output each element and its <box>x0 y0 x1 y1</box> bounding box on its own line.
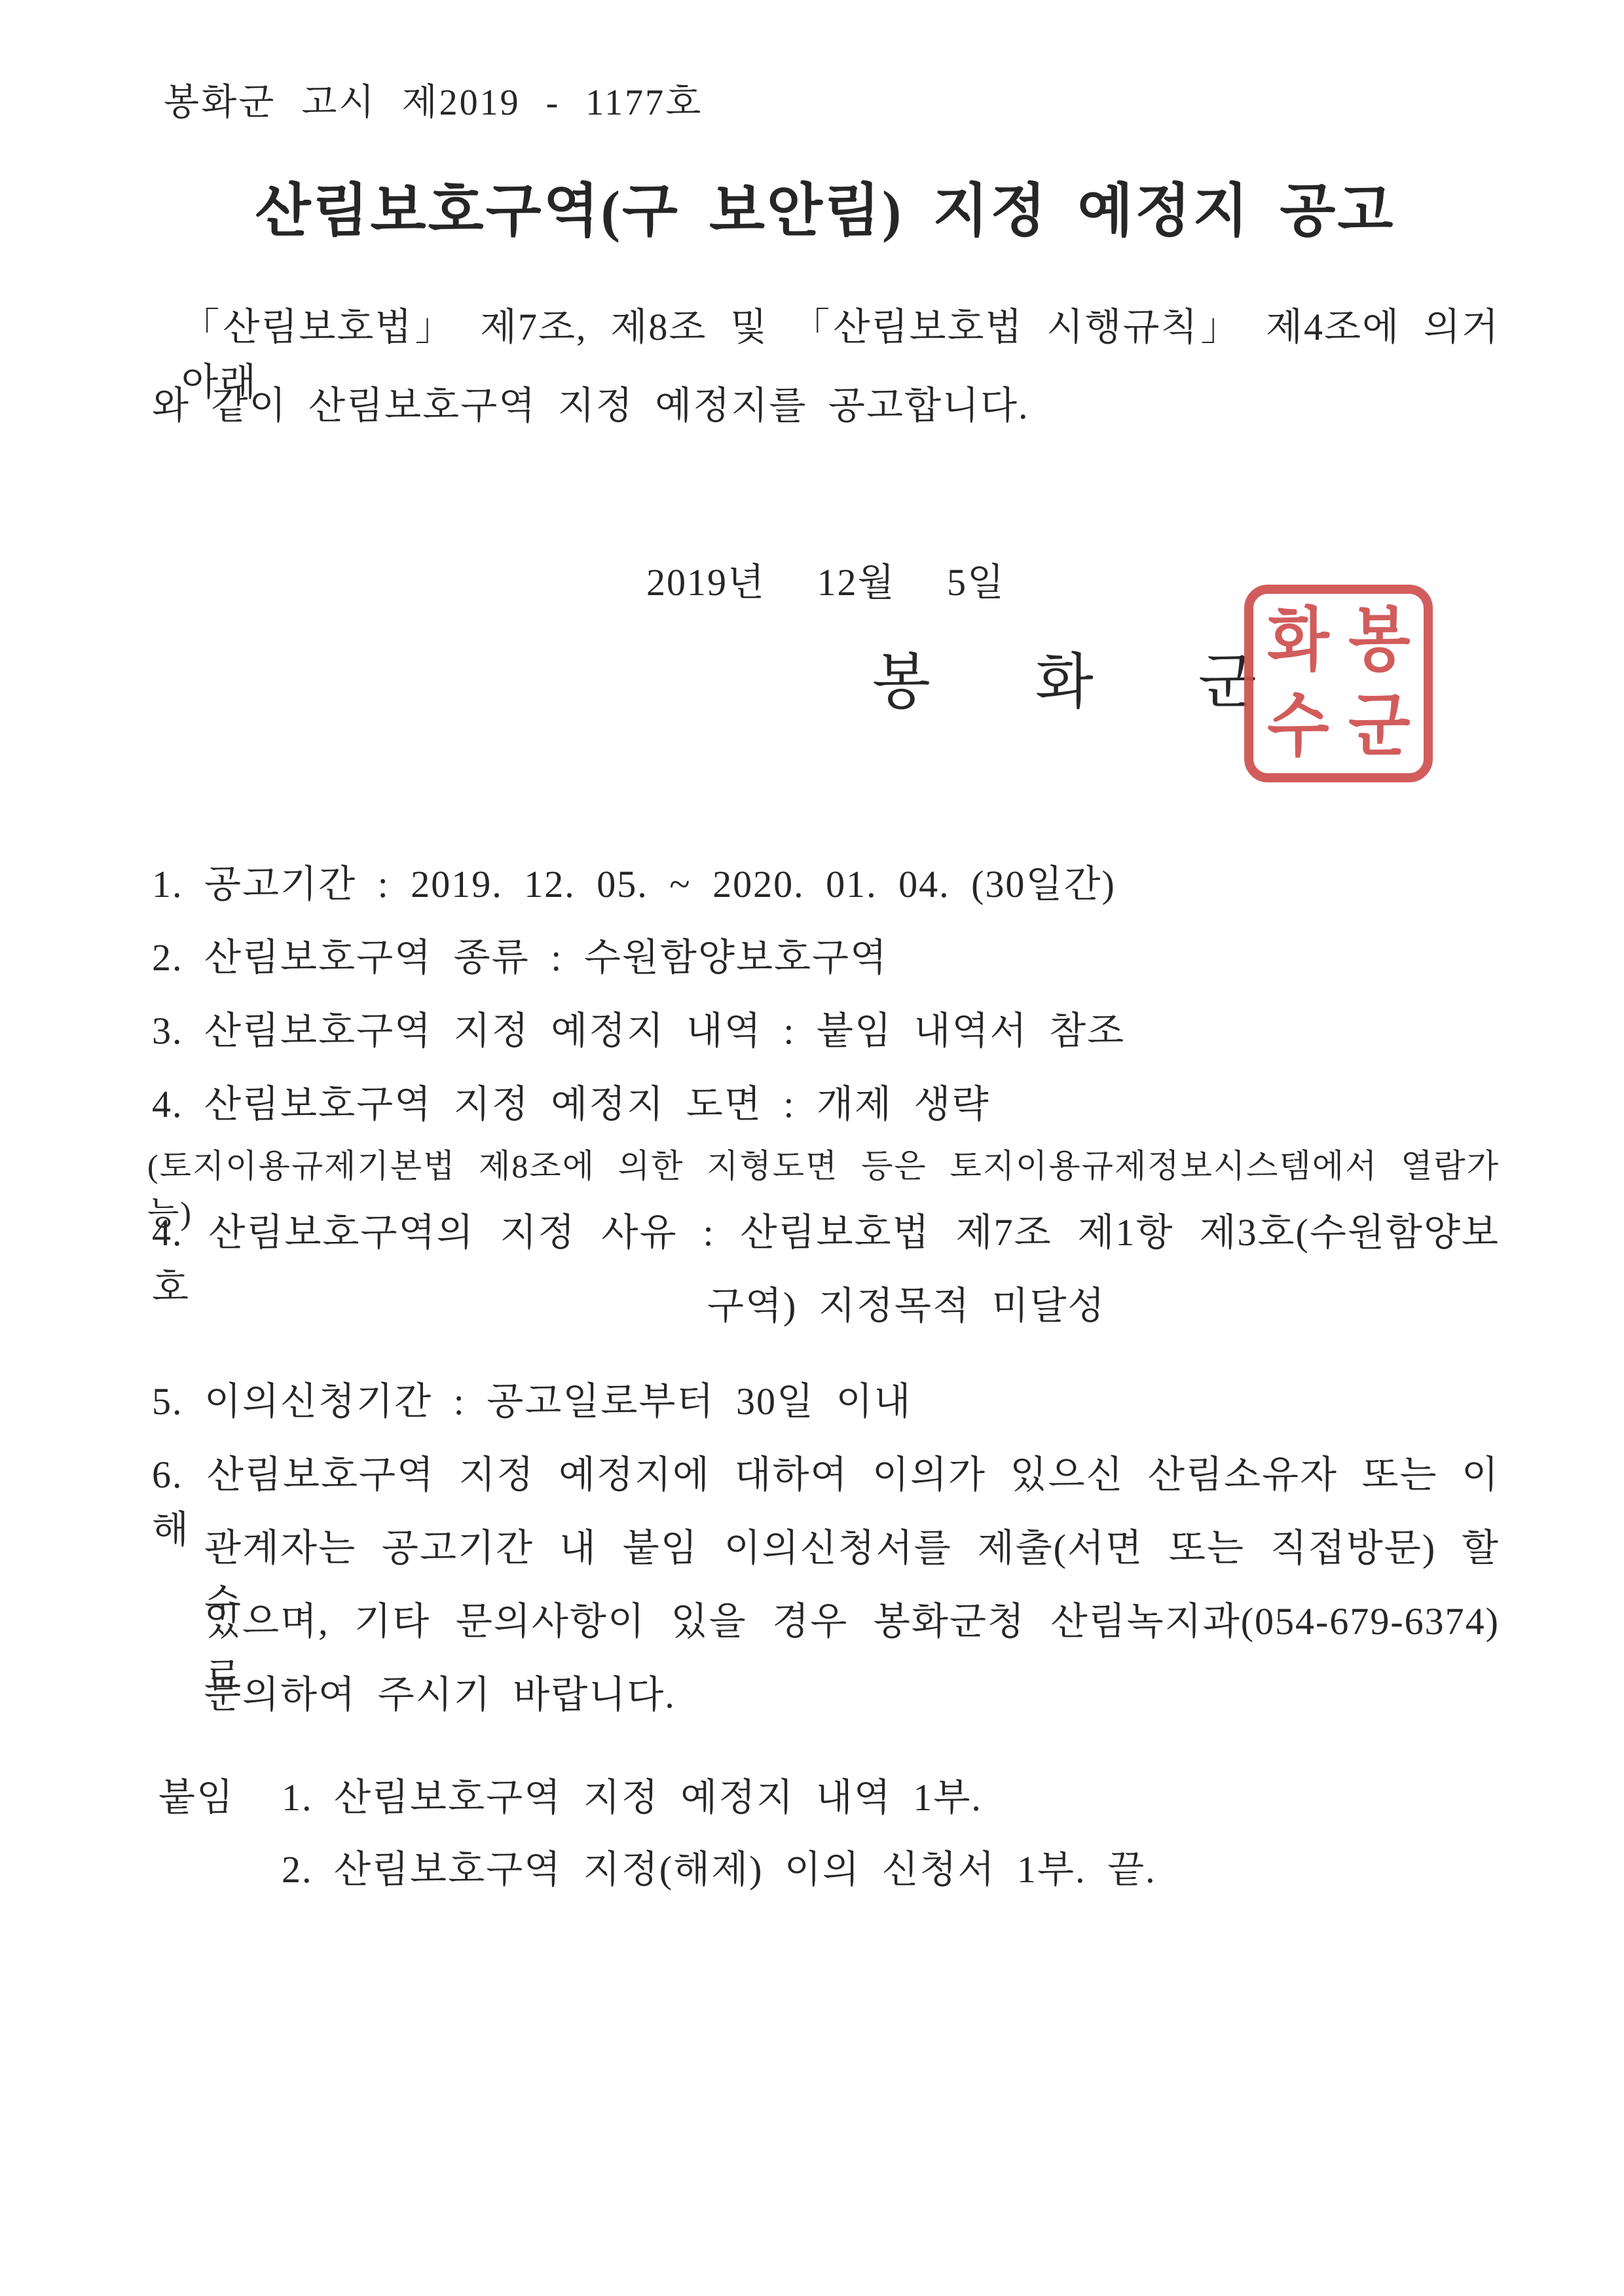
official-seal-stamp-icon: 화 봉 수 군 <box>1244 585 1433 782</box>
list-item-4: 4. 산림보호구역 지정 예정지 도면 : 개제 생략 <box>152 1073 1500 1128</box>
attachment-label: 붙임 <box>158 1766 282 1821</box>
attachment-line-1: 붙임 1. 산림보호구역 지정 예정지 내역 1부. <box>158 1766 1500 1821</box>
seal-char: 봉 <box>1348 606 1411 676</box>
list-item-4b-line-2: 구역) 지정목적 미달성 <box>152 1275 1500 1330</box>
attachment-1-text: 1. 산림보호구역 지정 예정지 내역 1부. <box>282 1766 982 1821</box>
list-item-1: 1. 공고기간 : 2019. 12. 05. ~ 2020. 01. 04. … <box>152 853 1500 908</box>
page-title: 산림보호구역(구 보안림) 지정 예정지 공고 <box>124 165 1526 247</box>
doc-number: 봉화군 고시 제2019 - 1177호 <box>164 73 703 126</box>
attachment-2-text: 2. 산림보호구역 지정(해제) 이의 신청서 1부. 끝. <box>282 1838 1156 1893</box>
list-item-2: 2. 산림보호구역 종류 : 수원함양보호구역 <box>152 926 1500 981</box>
list-item-3: 3. 산림보호구역 지정 예정지 내역 : 붙임 내역서 참조 <box>152 1000 1500 1055</box>
list-item-5: 5. 이의신청기간 : 공고일로부터 30일 이내 <box>152 1370 1500 1425</box>
document-page: 봉화군 고시 제2019 - 1177호 산림보호구역(구 보안림) 지정 예정… <box>0 0 1624 2296</box>
attachment-label-spacer <box>158 1838 282 1893</box>
list-item-6-line-4: 문의하여 주시기 바랍니다. <box>152 1664 1500 1719</box>
seal-char: 군 <box>1348 692 1411 761</box>
attachment-line-2: 2. 산림보호구역 지정(해제) 이의 신청서 1부. 끝. <box>158 1838 1500 1893</box>
intro-line-2: 와 같이 산림보호구역 지정 예정지를 공고합니다. <box>152 374 1500 429</box>
seal-char: 화 <box>1267 606 1329 676</box>
seal-char: 수 <box>1267 692 1329 761</box>
